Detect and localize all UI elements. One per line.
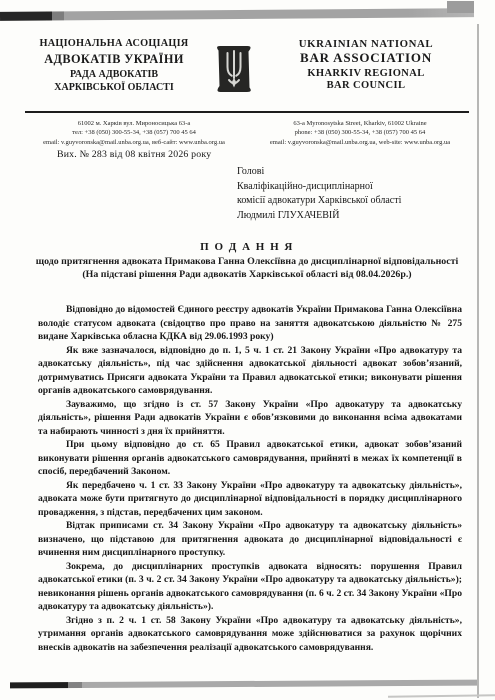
org-ua-line: НАЦІОНАЛЬНА АСОЦІАЦІЯ	[26, 38, 202, 51]
body-paragraph: Відповідно до відомостей Єдиного реєстру…	[38, 303, 462, 344]
petition-subject: щодо притягнення адвоката Примакова Ганн…	[27, 255, 467, 268]
recipient-block: Голові Кваліфікаційно-дисциплінарної ком…	[237, 165, 401, 223]
body-paragraph: Як передбачено ч. 1 ст. 33 Закону Україн…	[38, 479, 462, 520]
body-paragraph: При цьому відповідно до ст. 65 Правил ад…	[38, 438, 462, 479]
scan-artifact-right-edge-line	[477, 24, 479, 698]
petition-body: Відповідно до відомостей Єдиного реєстру…	[38, 303, 462, 654]
petition-heading: П О Д А Н Н Я	[27, 241, 467, 253]
recipient-line: комісії адвокатури Харківської області	[237, 194, 401, 209]
contact-en-address: 63-a Myronosytska Street, Kharkiv, 61002…	[251, 119, 469, 128]
org-en-line: KHARKIV REGIONAL	[268, 68, 464, 81]
org-en-line: BAR COUNCIL	[268, 80, 464, 93]
org-name-english: UKRAINIAN NATIONAL BAR ASSOCIATION KHARK…	[268, 38, 464, 93]
letterhead: НАЦІОНАЛЬНА АСОЦІАЦІЯ АДВОКАТІВ УКРАЇНИ …	[26, 38, 468, 96]
body-paragraph: Згідно з п. 2 ч. 1 ст. 58 Закону України…	[38, 614, 462, 655]
org-ua-line: ХАРКІВСЬКОЇ ОБЛАСТІ	[26, 82, 202, 94]
outgoing-reference-line: Вих. № 283 від 08 квітня 2026 року	[57, 149, 211, 160]
petition-title-block: П О Д А Н Н Я щодо притягнення адвоката …	[27, 241, 467, 281]
contact-ua-email: email: v.guyvoronska@mail.unba.org.ua, в…	[25, 138, 243, 147]
recipient-line: Людмилі ГЛУХАЧЕВІЙ	[237, 209, 401, 224]
contact-block-ua: 61002 м. Харків вул. Мироносицька 63-а т…	[25, 119, 243, 147]
org-name-ukrainian: НАЦІОНАЛЬНА АСОЦІАЦІЯ АДВОКАТІВ УКРАЇНИ …	[26, 38, 202, 94]
contact-blocks: 61002 м. Харків вул. Мироносицька 63-а т…	[25, 119, 469, 147]
body-paragraph: Зауважимо, що згідно із ст. 57 Закону Ук…	[38, 398, 462, 439]
contact-en-phone: phone: +38 (050) 300-55-34, +38 (057) 70…	[251, 128, 469, 137]
emblem-container	[202, 38, 266, 96]
contact-en-email: email: v.guyvoronska@mail.unba.org.ua, w…	[251, 138, 469, 147]
org-ua-line: РАДА АДВОКАТІВ	[26, 69, 202, 81]
scan-artifact-top-right-mark	[447, 1, 474, 13]
recipient-line: Кваліфікаційно-дисциплінарної	[237, 180, 401, 195]
petition-basis: (На підставі рішення Ради адвокатів Харк…	[27, 268, 467, 281]
body-paragraph: Зокрема, до дисциплінарних проступків ад…	[38, 560, 462, 614]
trident-scroll-emblem-icon	[212, 42, 256, 96]
letterhead-divider-rule	[25, 111, 469, 113]
org-en-line: BAR ASSOCIATION	[268, 51, 464, 66]
scanned-document-page: НАЦІОНАЛЬНА АСОЦІАЦІЯ АДВОКАТІВ УКРАЇНИ …	[0, 0, 495, 700]
contact-ua-phone: тел: +38 (050) 300-55-34, +38 (057) 700 …	[25, 128, 243, 137]
contact-block-en: 63-a Myronosytska Street, Kharkiv, 61002…	[251, 119, 469, 147]
recipient-line: Голові	[237, 165, 401, 180]
scan-artifact-top-bar	[0, 8, 474, 21]
org-ua-line: АДВОКАТІВ УКРАЇНИ	[26, 52, 202, 66]
scan-artifact-bottom-bar	[10, 680, 478, 689]
contact-ua-address: 61002 м. Харків вул. Мироносицька 63-а	[25, 119, 243, 128]
body-paragraph: Як вже зазначалося, відповідно до п. 1, …	[38, 344, 462, 398]
body-paragraph: Відтак приписами ст. 34 Закону України «…	[38, 519, 462, 560]
